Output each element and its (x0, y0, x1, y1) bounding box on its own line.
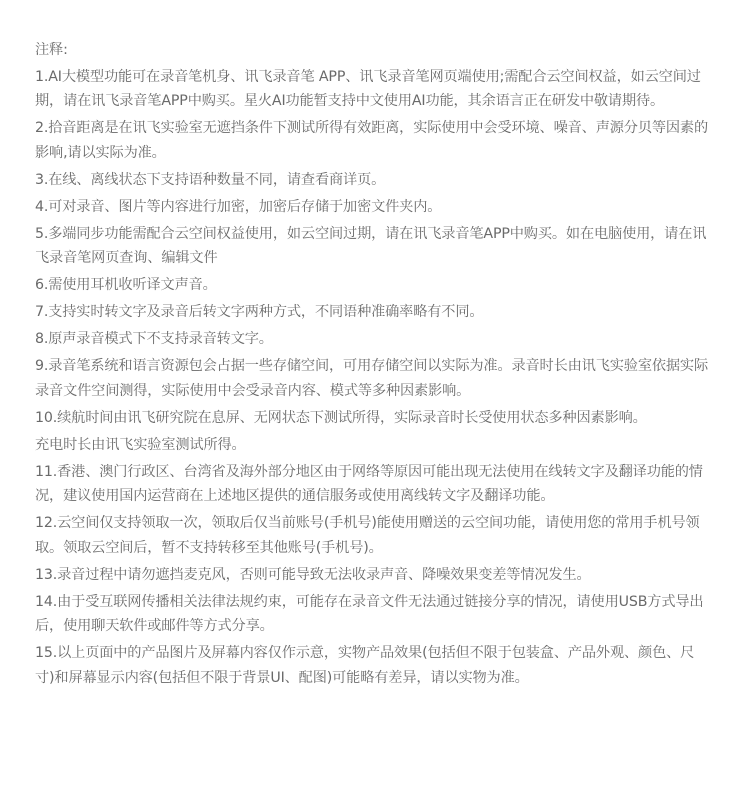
note-item-1: 1.AI大模型功能可在录音笔机身、讯飞录音笔 APP、讯飞录音笔网页端使用;需配… (35, 65, 711, 114)
disclaimer-notes: 注释: 1.AI大模型功能可在录音笔机身、讯飞录音笔 APP、讯飞录音笔网页端使… (35, 38, 711, 693)
note-item-5: 5.多端同步功能需配合云空间权益使用，如云空间过期，请在讯飞录音笔APP中购买。… (35, 222, 711, 271)
note-item-12: 12.云空间仅支持领取一次，领取后仅当前账号(手机号)能使用赠送的云空间功能，请… (35, 511, 711, 560)
note-item-15: 15.以上页面中的产品图片及屏幕内容仅作示意，实物产品效果(包括但不限于包装盒、… (35, 641, 711, 690)
note-item-2: 2.拾音距离是在讯飞实验室无遮挡条件下测试所得有效距离，实际使用中会受环境、噪音… (35, 116, 711, 165)
note-item-3: 3.在线、离线状态下支持语种数量不同，请查看商详页。 (35, 168, 711, 193)
notes-title: 注释: (35, 38, 711, 63)
note-item-4: 4.可对录音、图片等内容进行加密，加密后存储于加密文件夹内。 (35, 195, 711, 220)
note-item-14: 14.由于受互联网传播相关法律法规约束，可能存在录音文件无法通过链接分享的情况，… (35, 590, 711, 639)
note-item-7: 7.支持实时转文字及录音后转文字两种方式，不同语种准确率略有不同。 (35, 300, 711, 325)
note-item-10: 10.续航时间由讯飞研究院在息屏、无网状态下测试所得，实际录音时长受使用状态多种… (35, 406, 711, 431)
note-item-8: 8.原声录音模式下不支持录音转文字。 (35, 327, 711, 352)
note-item-9: 9.录音笔系统和语言资源包会占据一些存储空间，可用存储空间以实际为准。录音时长由… (35, 354, 711, 403)
note-item-10-charging: 充电时长由讯飞实验室测试所得。 (35, 433, 711, 458)
note-item-13: 13.录音过程中请勿遮挡麦克风，否则可能导致无法收录声音、降噪效果变差等情况发生… (35, 563, 711, 588)
note-item-6: 6.需使用耳机收听译文声音。 (35, 273, 711, 298)
note-item-11: 11.香港、澳门行政区、台湾省及海外部分地区由于网络等原因可能出现无法使用在线转… (35, 460, 711, 509)
